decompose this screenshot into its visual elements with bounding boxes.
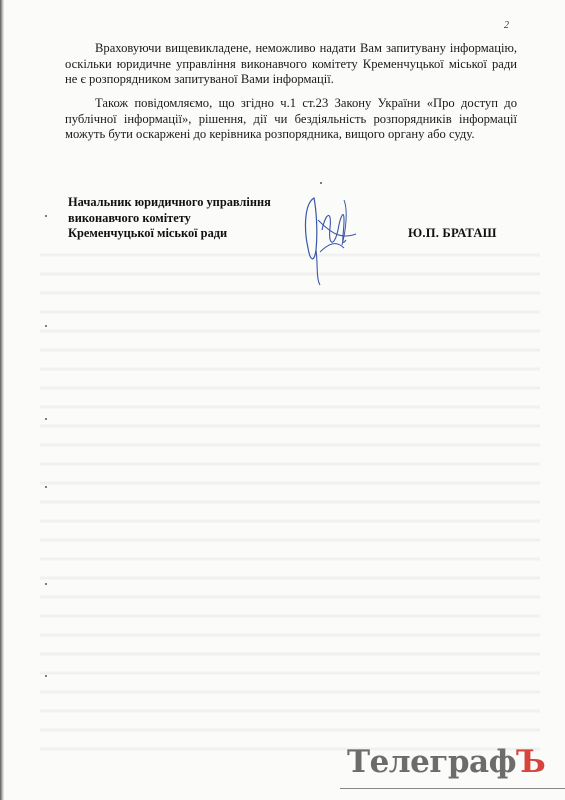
scan-speck <box>45 486 47 488</box>
logo-text-accent: Ъ <box>516 744 545 780</box>
telegraf-watermark-logo: ТелеграфЪ <box>347 744 545 780</box>
paragraph-information-unavailable: Враховуючи вищевикладене, неможливо нада… <box>65 41 517 88</box>
position-line: виконавчого комітету <box>68 211 271 227</box>
scan-speck <box>45 325 47 327</box>
scan-speck <box>320 182 322 184</box>
position-line: Начальник юридичного управління <box>68 195 271 211</box>
logo-text-main: Телеграф <box>347 744 516 780</box>
signer-name: Ю.П. БРАТАШ <box>408 226 497 241</box>
scan-speck <box>45 675 47 677</box>
position-line: Кременчуцької міської ради <box>68 226 271 242</box>
paragraph-appeal-notice: Також повідомляємо, що згідно ч.1 ст.23 … <box>65 96 517 143</box>
bleed-through-text <box>40 240 540 760</box>
scanned-document-page: 2 Враховуючи вищевикладене, неможливо на… <box>0 0 565 800</box>
scan-speck <box>45 418 47 420</box>
signature-block-position: Начальник юридичного управління виконавч… <box>68 195 271 242</box>
logo-underline <box>340 788 565 789</box>
handwritten-signature-icon <box>300 190 360 288</box>
scan-speck <box>45 215 47 217</box>
scan-edge-shadow <box>0 0 4 800</box>
page-number: 2 <box>504 20 509 31</box>
scan-speck <box>45 583 47 585</box>
